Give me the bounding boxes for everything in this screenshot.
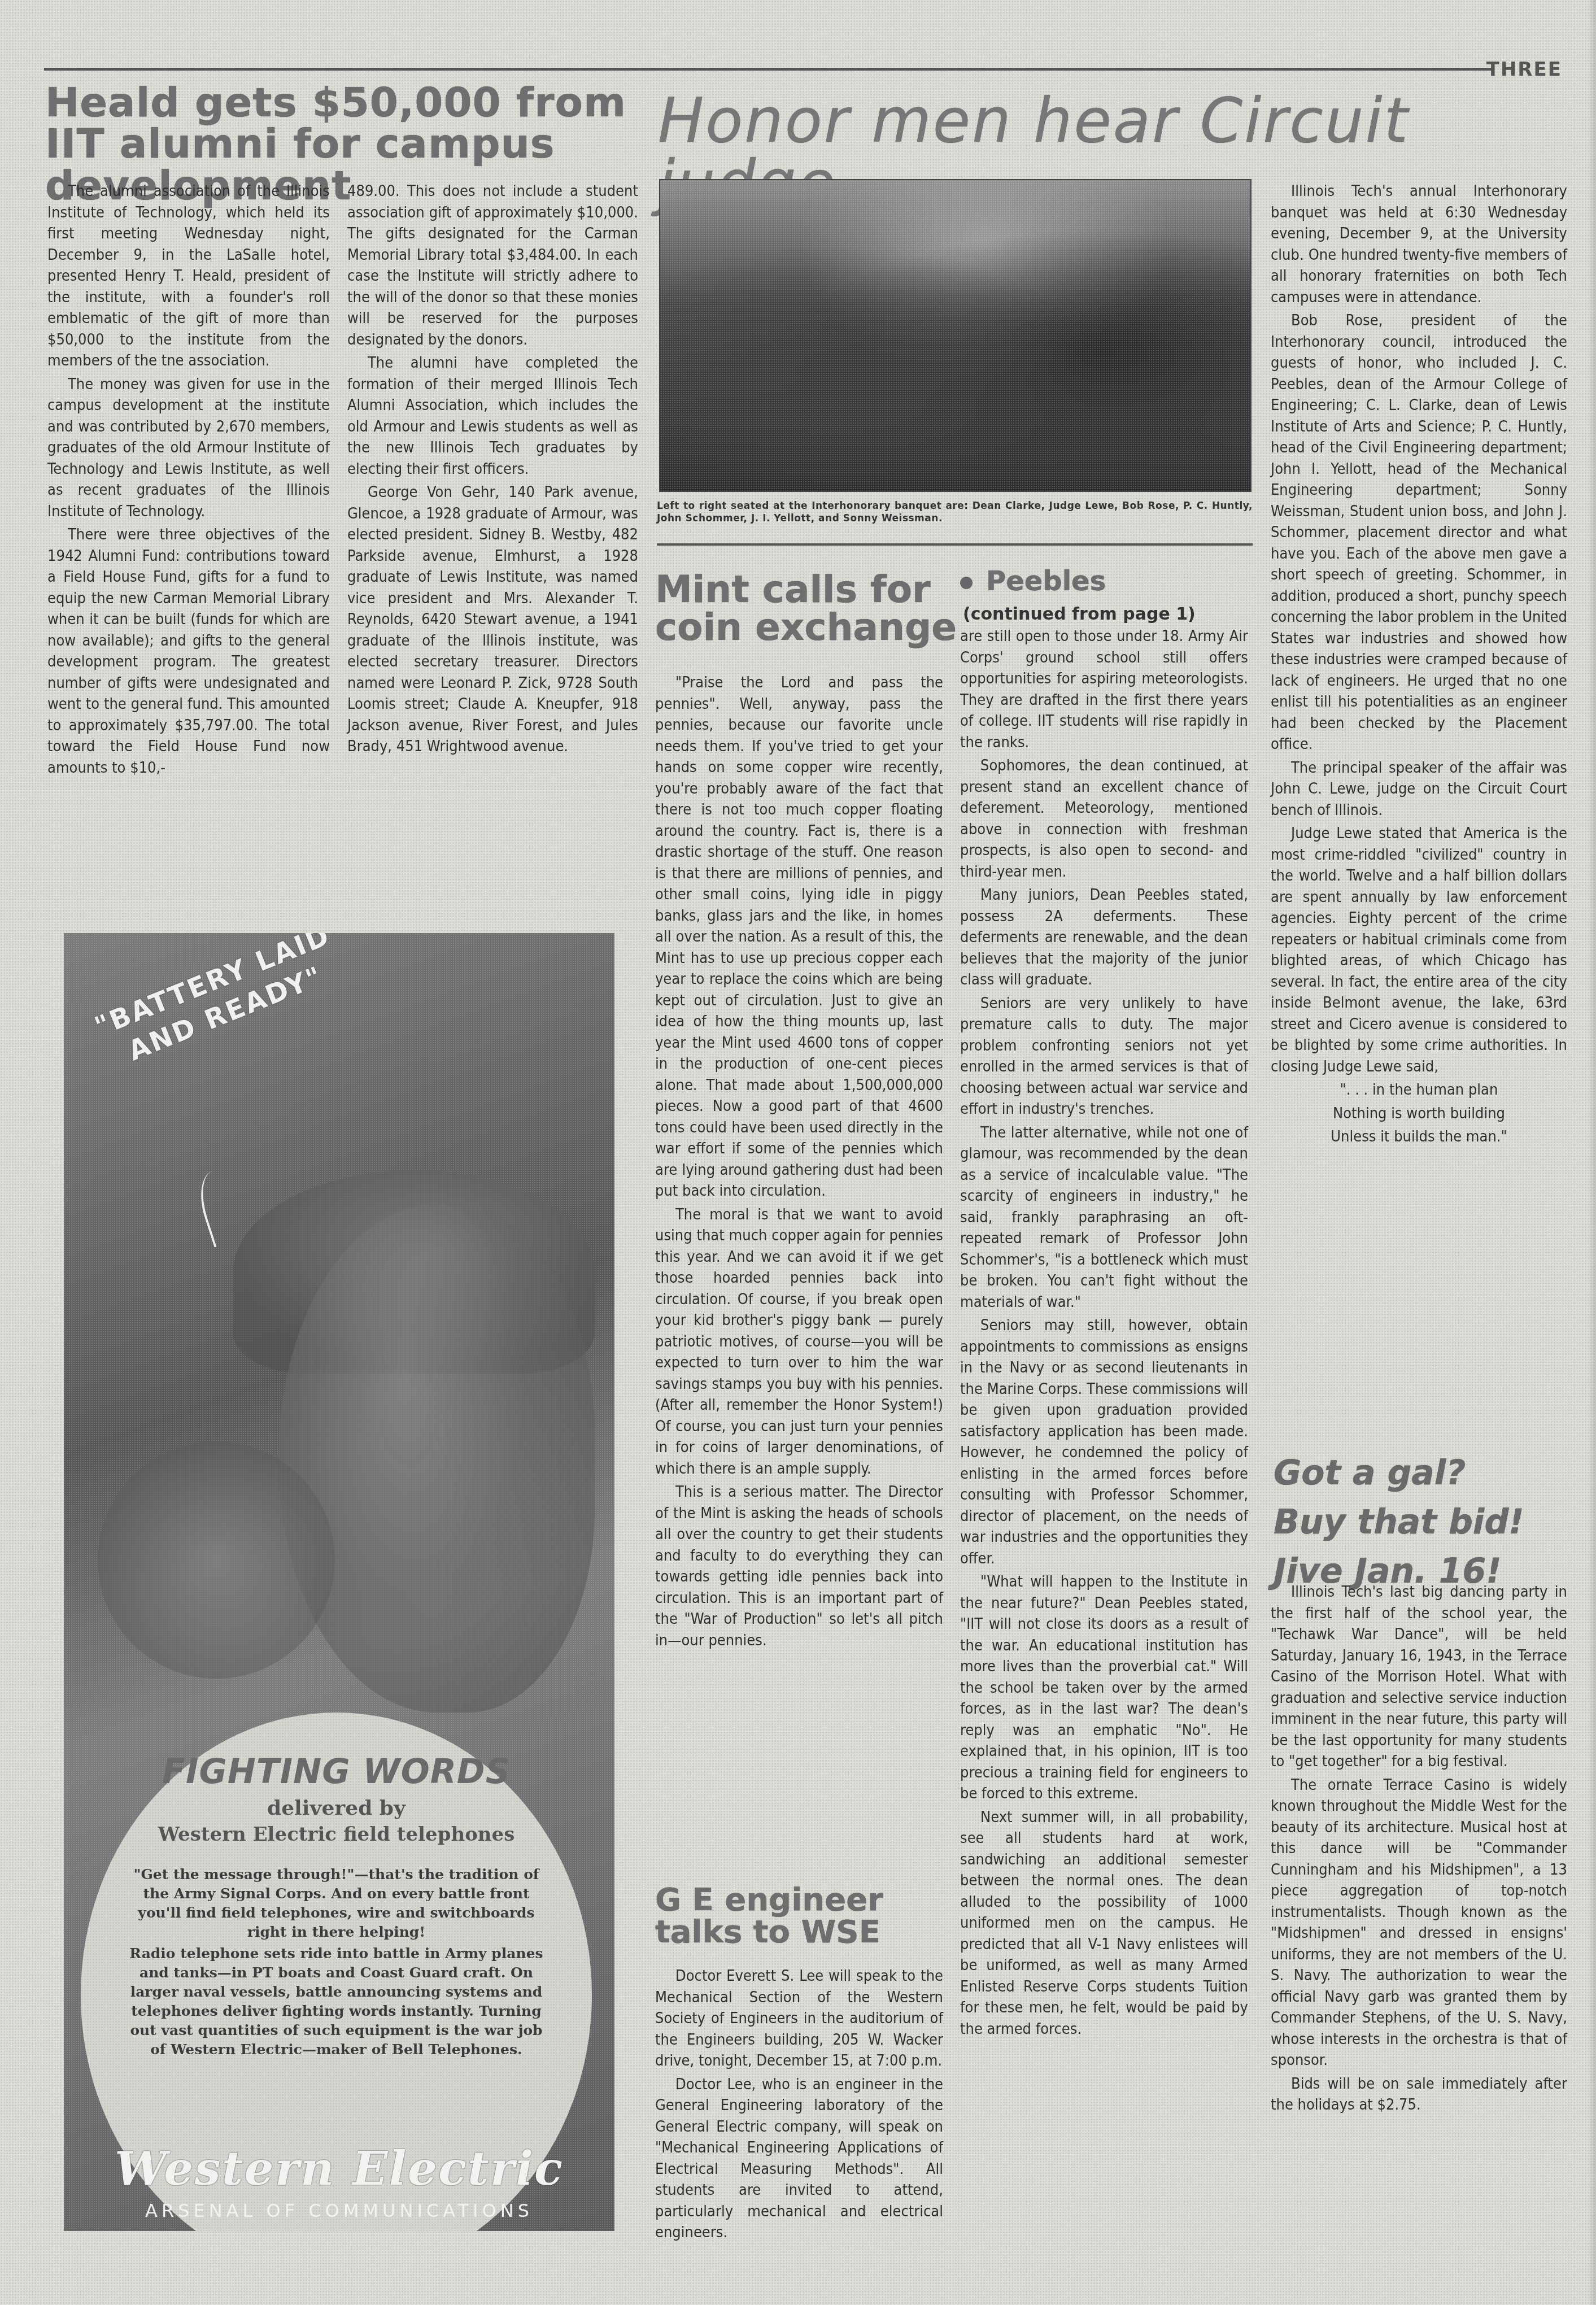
ge-paragraph: Doctor Lee, who is an engineer in the Ge…	[655, 2074, 943, 2243]
ad-subtitle: delivered by	[120, 1796, 552, 1820]
field-telephone-illustration	[98, 1441, 335, 1679]
ad-tagline: ARSENAL OF COMMUNICATIONS	[64, 2200, 614, 2221]
ad-paragraph: Radio telephone sets ride into battle in…	[126, 1944, 547, 2059]
heald-paragraph: The money was given for use in the campu…	[47, 374, 330, 522]
peebles-headline-text: Peebles	[986, 565, 1106, 597]
ad-body: "Get the message through!"—that's the tr…	[120, 1865, 552, 2059]
peebles-paragraph: Next summer will, in all probability, se…	[960, 1807, 1248, 2040]
western-electric-ad: "BATTERY LAID AND READY" FIGHTING WORDS …	[64, 933, 614, 2231]
ad-speech-quote: "BATTERY LAID AND READY"	[75, 933, 363, 1083]
ge-paragraph: Doctor Everett S. Lee will speak to the …	[655, 1966, 943, 2072]
mint-column: "Praise the Lord and pass the pennies". …	[655, 672, 943, 1653]
honor-column: Illinois Tech's annual Interhonorary ban…	[1271, 181, 1567, 1150]
page-edge-shadow	[1588, 0, 1596, 2305]
mint-paragraph: "Praise the Lord and pass the pennies". …	[655, 672, 943, 1202]
poem-line: Unless it builds the man."	[1271, 1126, 1567, 1148]
honor-paragraph: The principal speaker of the affair was …	[1271, 757, 1567, 821]
dance-paragraph: The ornate Terrace Casino is widely know…	[1271, 1775, 1567, 2071]
ad-paragraph: "Get the message through!"—that's the tr…	[126, 1865, 547, 1942]
bullet-icon	[960, 577, 973, 589]
ad-title: FIGHTING WORDS	[120, 1752, 552, 1792]
newspaper-page: THREE Heald gets $50,000 from IIT alumni…	[0, 0, 1596, 2305]
photo-caption: Left to right seated at the Interhonorar…	[657, 500, 1253, 525]
peebles-paragraph: "What will happen to the Institute in th…	[960, 1571, 1248, 1805]
dance-headline-line: Got a gal?	[1274, 1449, 1590, 1498]
heald-paragraph: There were three objectives of the 1942 …	[47, 524, 330, 778]
peebles-paragraph: Many juniors, Dean Peebles stated, posse…	[960, 884, 1248, 991]
peebles-paragraph: Seniors may still, however, obtain appoi…	[960, 1315, 1248, 1569]
banquet-photo	[659, 179, 1251, 492]
honor-paragraph: Judge Lewe stated that America is the mo…	[1271, 823, 1567, 1077]
peebles-paragraph: Seniors are very unlikely to have premat…	[960, 993, 1248, 1120]
ge-column: Doctor Everett S. Lee will speak to the …	[655, 1966, 943, 2246]
honor-paragraph: Bob Rose, president of the Interhonorary…	[1271, 310, 1567, 755]
peebles-column: are still open to those under 18. Army A…	[960, 626, 1248, 2042]
peebles-subhead: (continued from page 1)	[963, 604, 1196, 624]
dance-column: Illinois Tech's last big dancing party i…	[1271, 1581, 1567, 2118]
peebles-headline: Peebles	[960, 568, 1106, 595]
dance-paragraph: Illinois Tech's last big dancing party i…	[1271, 1581, 1567, 1772]
heald-column-1: The alumni association of the Illinois I…	[47, 181, 330, 781]
heald-column-2: 489.00. This does not include a student …	[347, 181, 638, 760]
masthead-rule	[44, 68, 1493, 71]
ad-brand-logo: Western Electric	[64, 2142, 614, 2196]
mint-paragraph: This is a serious matter. The Director o…	[655, 1482, 943, 1651]
dance-paragraph: Bids will be on sale immediately after t…	[1271, 2073, 1567, 2116]
mint-headline: Mint calls for coin exchange	[655, 570, 960, 647]
caption-rule	[657, 543, 1253, 546]
heald-paragraph: The alumni association of the Illinois I…	[47, 181, 330, 372]
peebles-paragraph: Sophomores, the dean continued, at prese…	[960, 755, 1248, 882]
mint-paragraph: The moral is that we want to avoid using…	[655, 1204, 943, 1480]
peebles-paragraph: are still open to those under 18. Army A…	[960, 626, 1248, 753]
ad-subtitle: Western Electric field telephones	[120, 1823, 552, 1846]
ge-headline: G E engineer talks to WSE	[655, 1884, 960, 1948]
page-folio: THREE	[1486, 58, 1562, 81]
poem-line: Nothing is worth building	[1271, 1103, 1567, 1125]
poem-line: ". . . in the human plan	[1271, 1079, 1567, 1101]
heald-paragraph: 489.00. This does not include a student …	[347, 181, 638, 350]
dance-headline-line: Buy that bid!	[1274, 1498, 1590, 1547]
speech-pointer-icon	[191, 1166, 248, 1247]
dance-headline: Got a gal? Buy that bid! Jive Jan. 16!	[1274, 1449, 1590, 1596]
heald-paragraph: The alumni have completed the formation …	[347, 352, 638, 480]
peebles-paragraph: The latter alternative, while not one of…	[960, 1122, 1248, 1313]
heald-paragraph: George Von Gehr, 140 Park avenue, Glenco…	[347, 482, 638, 757]
honor-paragraph: Illinois Tech's annual Interhonorary ban…	[1271, 181, 1567, 308]
soldier-illustration	[278, 1204, 595, 1713]
